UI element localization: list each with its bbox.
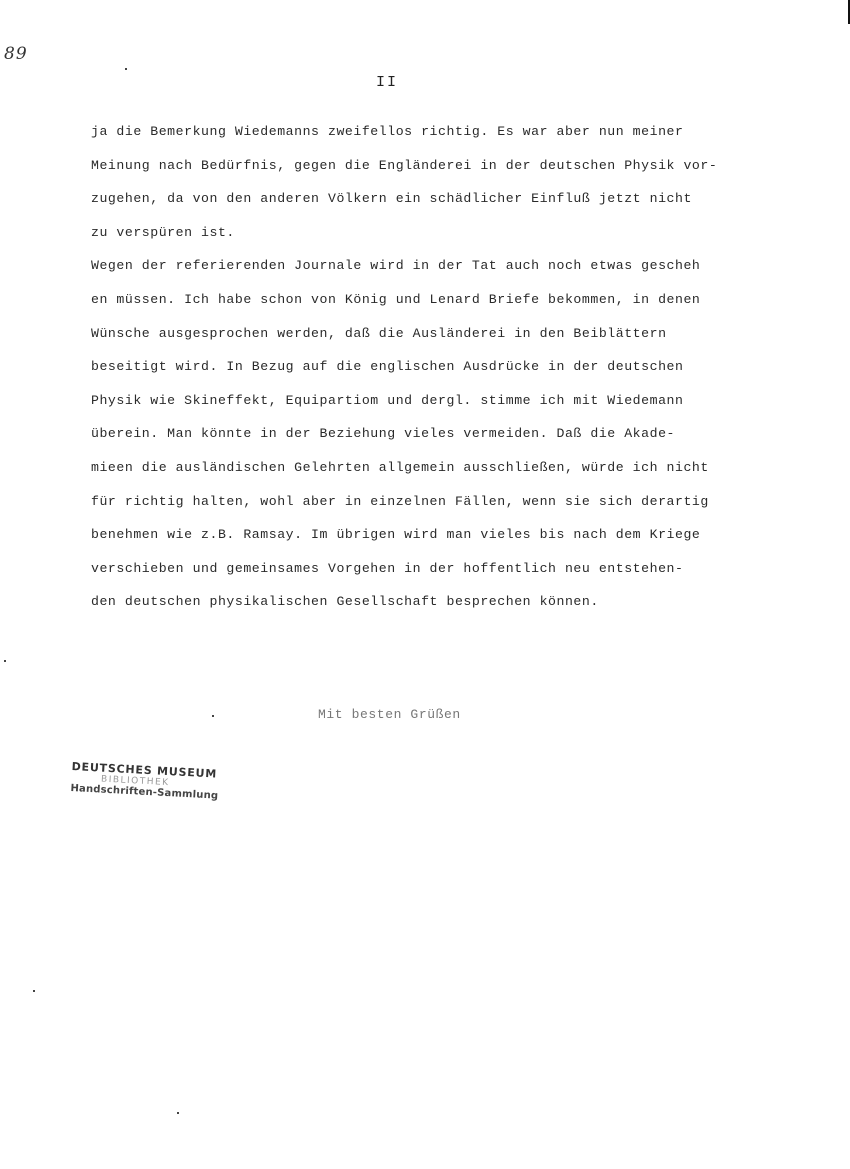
closing-salutation: Mit besten Grüßen xyxy=(318,707,461,722)
document-page: 89 II ja die Bemerkung Wiedemanns zweife… xyxy=(0,0,850,1169)
folio-number: 89 xyxy=(4,44,28,64)
body-line: en müssen. Ich habe schon von König und … xyxy=(91,288,850,322)
scan-speck xyxy=(4,660,6,662)
letter-body: ja die Bemerkung Wiedemanns zweifellos r… xyxy=(91,120,850,624)
body-line: Wünsche ausgesprochen werden, daß die Au… xyxy=(91,322,850,356)
archive-stamp: DEUTSCHES MUSEUM BIBLIOTHEK Handschrifte… xyxy=(70,760,232,802)
body-line: den deutschen physikalischen Gesellschaf… xyxy=(91,590,850,624)
body-line: benehmen wie z.B. Ramsay. Im übrigen wir… xyxy=(91,523,850,557)
body-line: mieen die ausländischen Gelehrten allgem… xyxy=(91,456,850,490)
body-line: ja die Bemerkung Wiedemanns zweifellos r… xyxy=(91,120,850,154)
body-line: beseitigt wird. In Bezug auf die englisc… xyxy=(91,355,850,389)
scan-speck xyxy=(125,68,127,70)
scan-speck xyxy=(212,715,214,717)
page-number: II xyxy=(376,74,398,91)
body-line: Wegen der referierenden Journale wird in… xyxy=(91,254,850,288)
scan-speck xyxy=(177,1112,179,1114)
scan-speck xyxy=(33,990,35,992)
body-line: Meinung nach Bedürfnis, gegen die Englän… xyxy=(91,154,850,188)
body-line: Physik wie Skineffekt, Equipartiom und d… xyxy=(91,389,850,423)
body-line: zu verspüren ist. xyxy=(91,221,850,255)
body-line: verschieben und gemeinsames Vorgehen in … xyxy=(91,557,850,591)
body-line: für richtig halten, wohl aber in einzeln… xyxy=(91,490,850,524)
body-line: zugehen, da von den anderen Völkern ein … xyxy=(91,187,850,221)
body-line: überein. Man könnte in der Beziehung vie… xyxy=(91,422,850,456)
